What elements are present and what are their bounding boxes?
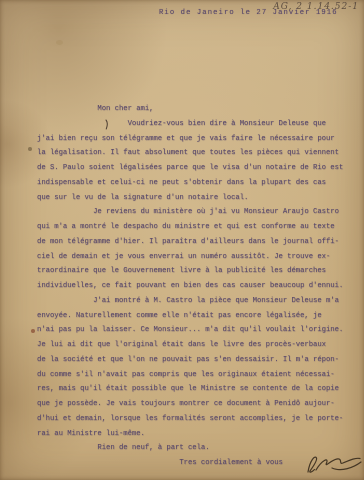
letter-line: du comme s'il n'avait pas compris que le…	[37, 368, 357, 383]
letter-line: j'ai bien reçu son télégramme et que je …	[37, 132, 357, 147]
handwritten-tick-mark	[103, 119, 111, 131]
letter-line: qui m'a a montré le despacho du ministre…	[37, 220, 357, 235]
signature-flourish	[302, 451, 364, 479]
paper-stain	[28, 147, 32, 151]
letter-line: indispensable et celui-ci ne peut s'obte…	[37, 176, 357, 191]
letter-line: ciel de demain et je vous enverrai un nu…	[37, 250, 357, 265]
letter-line: Mon cher ami,	[37, 102, 357, 117]
letter-line: Je reviens du ministère où j'ai vu Monsi…	[37, 205, 357, 220]
letter-line: de la société et que l'on ne pouvait pas…	[37, 353, 357, 368]
letter-line: de S. Paulo soient légalisées parce que …	[37, 161, 357, 176]
dateline: Rio de Janeiro le 27 Janvier 1916	[159, 9, 338, 17]
letter-line: traordinaire que le Gouvernement livre à…	[37, 264, 357, 279]
letter-line: la légalisation. Il faut absolument que …	[37, 146, 357, 161]
letter-page: AG, 2 1.14.52-1 Rio de Janeiro le 27 Jan…	[0, 0, 364, 480]
letter-line: n'ai pas pu la laisser. Ce Monsieur... m…	[37, 323, 357, 338]
letter-line: d'hui et demain, lorsque les formalités …	[37, 412, 357, 427]
letter-line: que je possède. Je vais toujours montrer…	[37, 397, 357, 412]
letter-line: Je lui ai dit que l'original était dans …	[37, 338, 357, 353]
paper-stain	[31, 329, 35, 333]
letter-line: de mon télégramme d'hier. Il paraîtra d'…	[37, 235, 357, 250]
paper-stain	[56, 40, 63, 45]
letter-line: rai au Ministre lui-même.	[37, 427, 357, 442]
letter-line: envoyée. Naturellement comme elle n'étai…	[37, 309, 357, 324]
letter-line: J'ai montré à M. Castro la pièce que Mon…	[37, 294, 357, 309]
letter-body: Mon cher ami, Voudriez-vous bien dire à …	[37, 102, 357, 471]
letter-line: individuelles, ce fait pouvant en bien d…	[37, 279, 357, 294]
letter-line: res, mais qu'il était possible que le Mi…	[37, 382, 357, 397]
letter-line: que sur le vu de la signature d'un notai…	[37, 191, 357, 206]
letter-line: Voudriez-vous bien dire à Monsieur Deleu…	[37, 117, 357, 132]
